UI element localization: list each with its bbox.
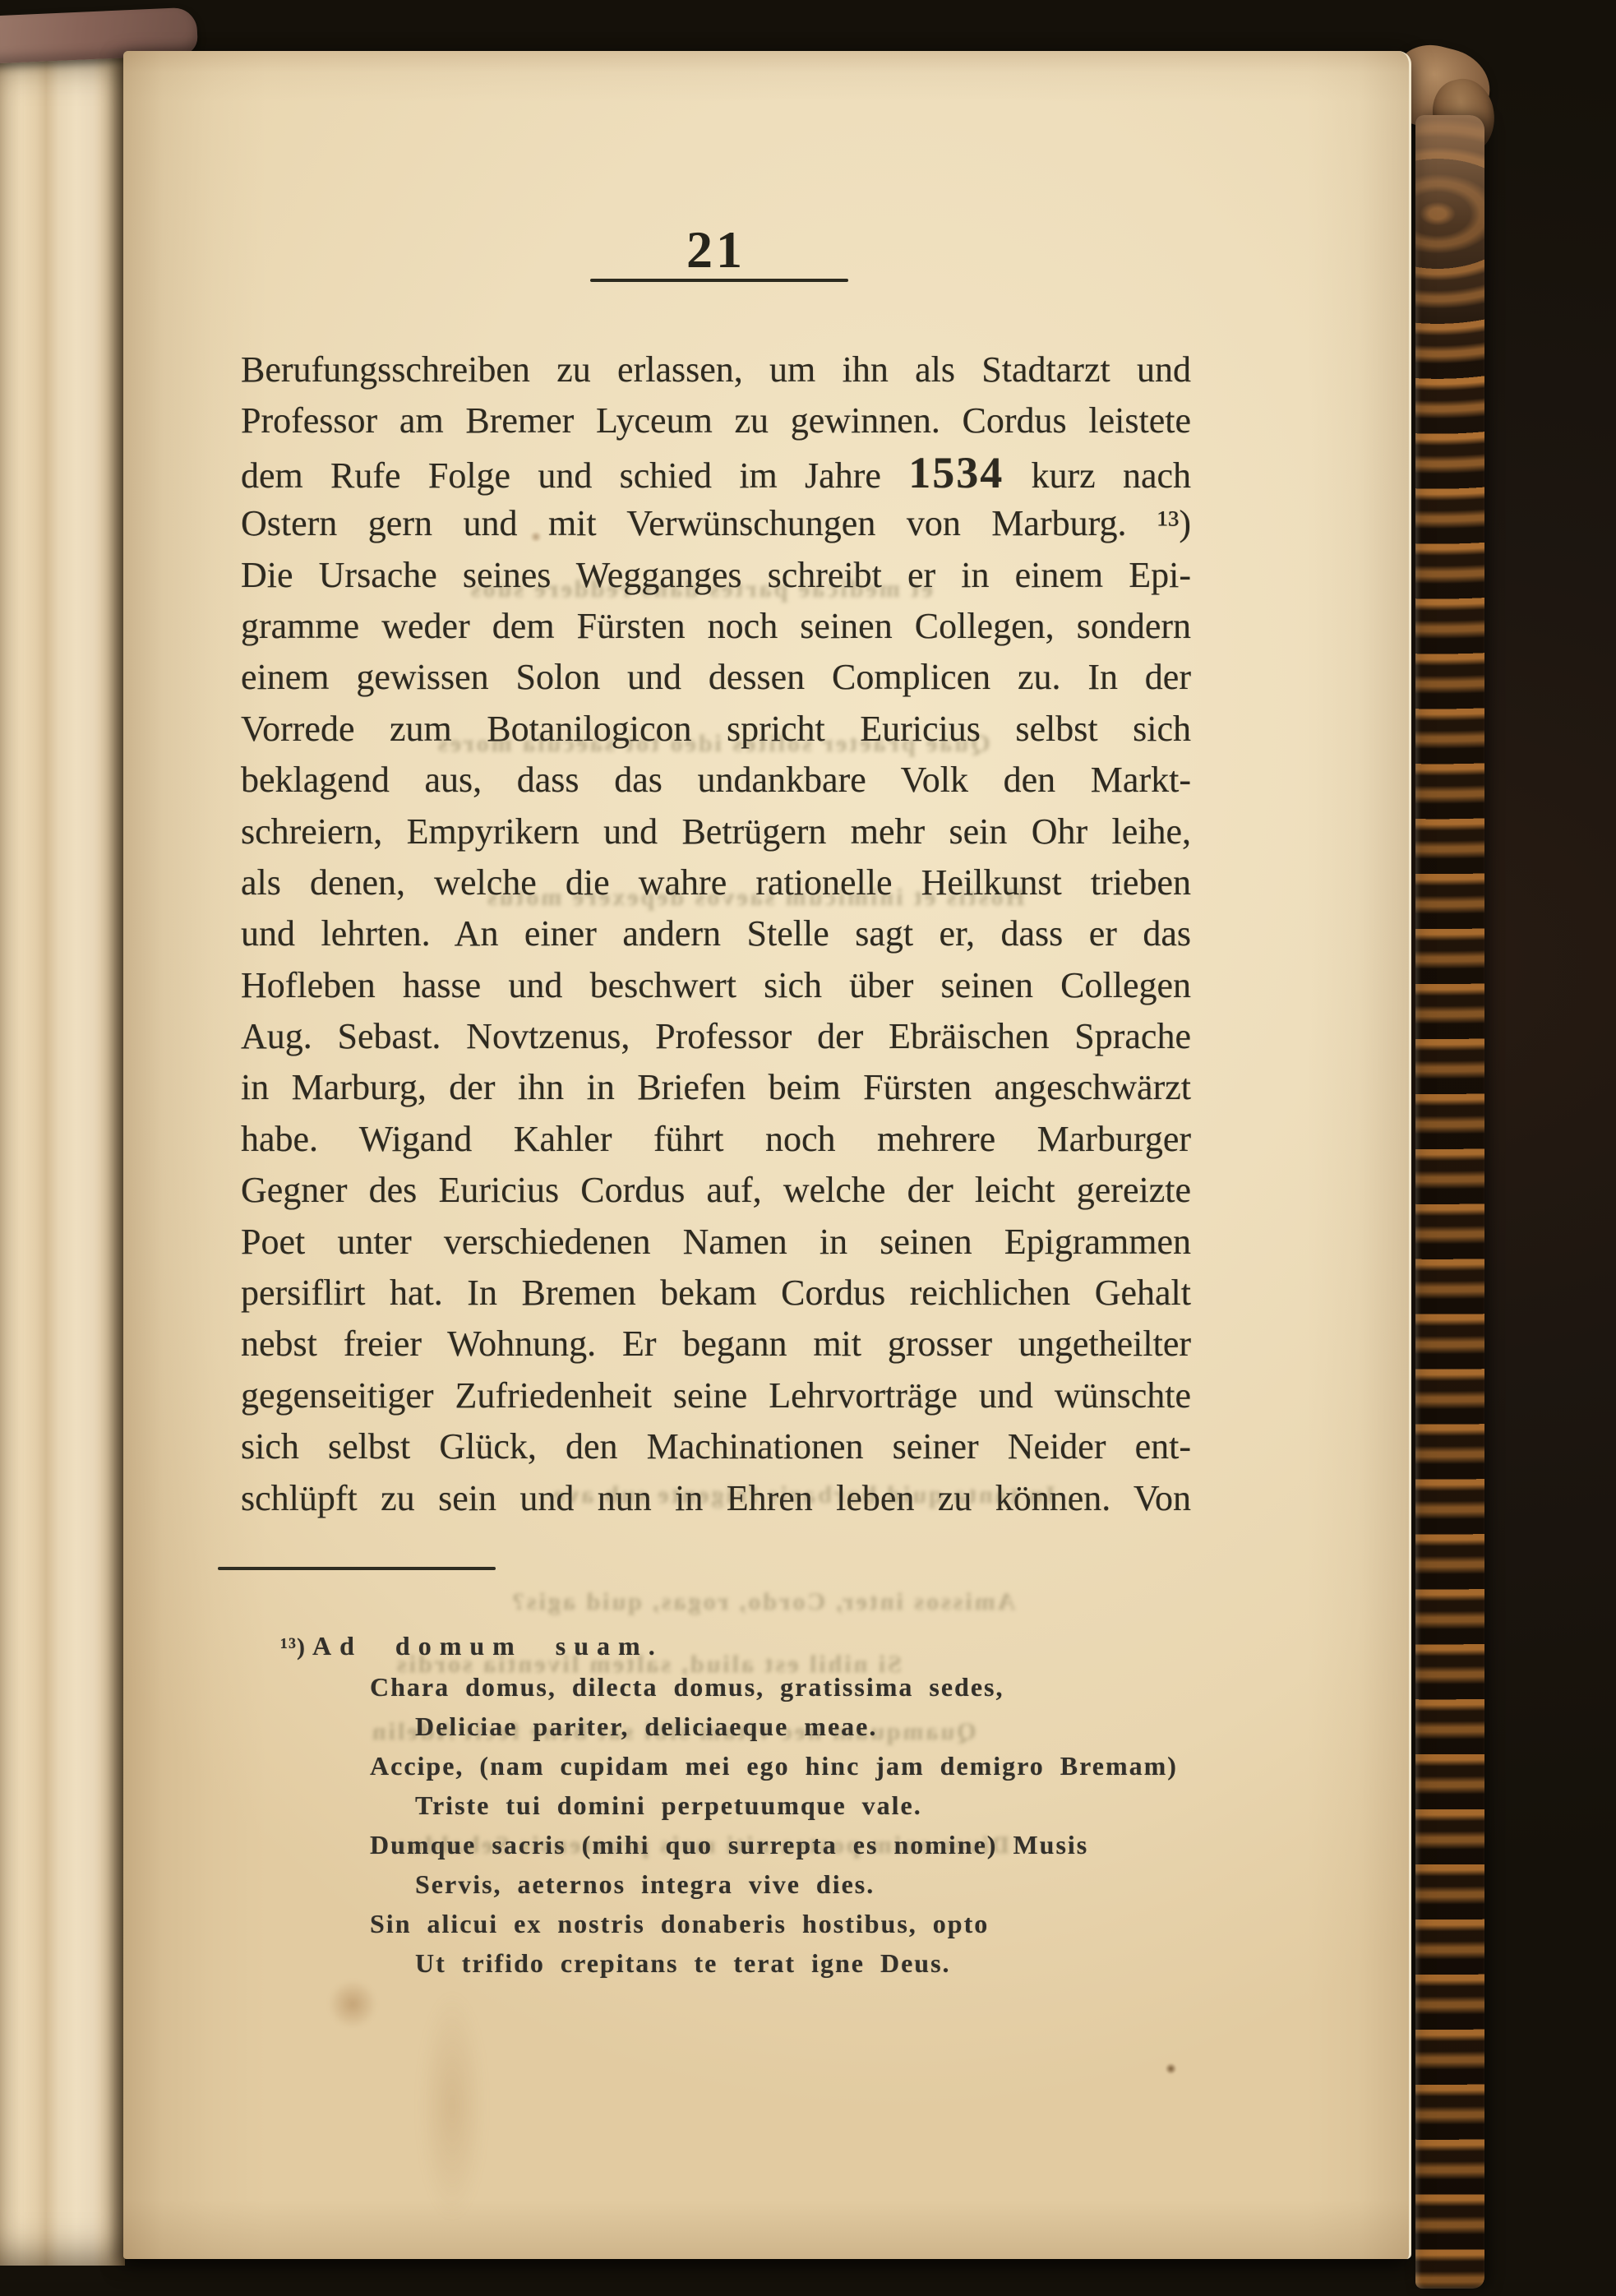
footnote-poem-line: Servis, aeternos integra vive dies. [415, 1864, 1191, 1904]
body-text-segment: dem Rufe Folge und schied im Jahre [241, 455, 881, 496]
body-text-line: als denen, welche die wahre rationelle H… [241, 857, 1191, 908]
body-text: Berufungsschreiben zu erlassen, um ihn a… [241, 344, 1191, 1524]
body-text-line: gramme weder dem Fürsten noch seinen Col… [241, 601, 1191, 652]
footnote-title: Ad domum suam. [312, 1631, 663, 1661]
body-text-line: Aug. Sebast. Novtzenus, Professor der Eb… [241, 1011, 1191, 1062]
footnote-rule [218, 1567, 496, 1570]
foxing-stain [327, 1981, 378, 2027]
cover-marbled-edge [1415, 115, 1484, 2289]
body-text-line: Professor am Bremer Lyceum zu gewinnen. … [241, 395, 1191, 446]
body-text-line: schreiern, Empyrikern und Betrügern mehr… [241, 806, 1191, 857]
footnote-heading: ¹³)Ad domum suam. [280, 1626, 1191, 1667]
body-text-line: einem gewissen Solon und dessen Complice… [241, 652, 1191, 703]
footnote-marker: ¹³) [280, 1633, 306, 1661]
body-text-line: Ostern gern und mit Verwünschungen von M… [241, 498, 1191, 549]
page-number-rule [590, 279, 848, 282]
body-text-line: Die Ursache seines Wegganges schreibt er… [241, 550, 1191, 601]
body-text-line: persiflirt hat. In Bremen bekam Cordus r… [241, 1268, 1191, 1319]
footnote-poem-line: Accipe, (nam cupidam mei ego hinc jam de… [370, 1746, 1191, 1786]
book-page: 21 et medicae partes dans reddere suos Q… [123, 51, 1411, 2259]
book-scan: 21 et medicae partes dans reddere suos Q… [0, 0, 1616, 2296]
footnote-poem-line: Deliciae pariter, deliciaeque meae. [415, 1707, 1191, 1746]
body-text-line: dem Rufe Folge und schied im Jahre 1534 … [241, 447, 1191, 498]
footnote: ¹³)Ad domum suam. Chara domus, dilecta d… [241, 1626, 1191, 1983]
footnote-poem-line: Ut trifido crepitans te terat igne Deus. [415, 1943, 1191, 1983]
body-text-line: Poet unter verschiedenen Namen in seinen… [241, 1217, 1191, 1268]
footnote-poem-line: Dumque sacris (mihi quo surrepta es nomi… [370, 1825, 1191, 1864]
foxing-speck [1166, 2063, 1176, 2074]
body-text-line: beklagend aus, dass das undankbare Volk … [241, 755, 1191, 806]
body-text-line: Berufungsschreiben zu erlassen, um ihn a… [241, 344, 1191, 395]
foxing-stain [419, 1991, 485, 2221]
body-text-line: habe. Wigand Kahler führt noch mehrere M… [241, 1114, 1191, 1165]
year-1534: 1534 [908, 448, 1004, 497]
footnote-poem-line: Chara domus, dilecta domus, gratissima s… [370, 1667, 1191, 1707]
body-text-line: schlüpft zu sein und nun in Ehren leben … [241, 1473, 1191, 1524]
body-text-line: gegenseitiger Zufriedenheit seine Lehrvo… [241, 1370, 1191, 1421]
body-text-segment: kurz nach [1032, 455, 1192, 496]
bleedthrough-text: Amissos inter, Cordo, rogas, quid agis? [510, 1590, 1015, 1615]
footnote-poem: Chara domus, dilecta domus, gratissima s… [241, 1667, 1191, 1983]
page-stack-edge [0, 53, 125, 2266]
body-text-line: und lehrten. An einer andern Stelle sagt… [241, 908, 1191, 959]
body-text-line: Gegner des Euricius Cordus auf, welche d… [241, 1165, 1191, 1216]
body-text-line: Vorrede zum Botanilogicon spricht Eurici… [241, 704, 1191, 755]
body-text-line: Hofleben hasse und beschwert sich über s… [241, 960, 1191, 1011]
footnote-poem-line: Sin alicui ex nostris donaberis hostibus… [370, 1904, 1191, 1943]
footnote-poem-line: Triste tui domini perpetuumque vale. [415, 1786, 1191, 1825]
body-text-line: nebst freier Wohnung. Er begann mit gros… [241, 1319, 1191, 1370]
page-number: 21 [241, 224, 1191, 276]
body-text-line: in Marburg, der ihn in Briefen beim Fürs… [241, 1062, 1191, 1113]
body-text-line: sich selbst Glück, den Machinationen sei… [241, 1421, 1191, 1472]
